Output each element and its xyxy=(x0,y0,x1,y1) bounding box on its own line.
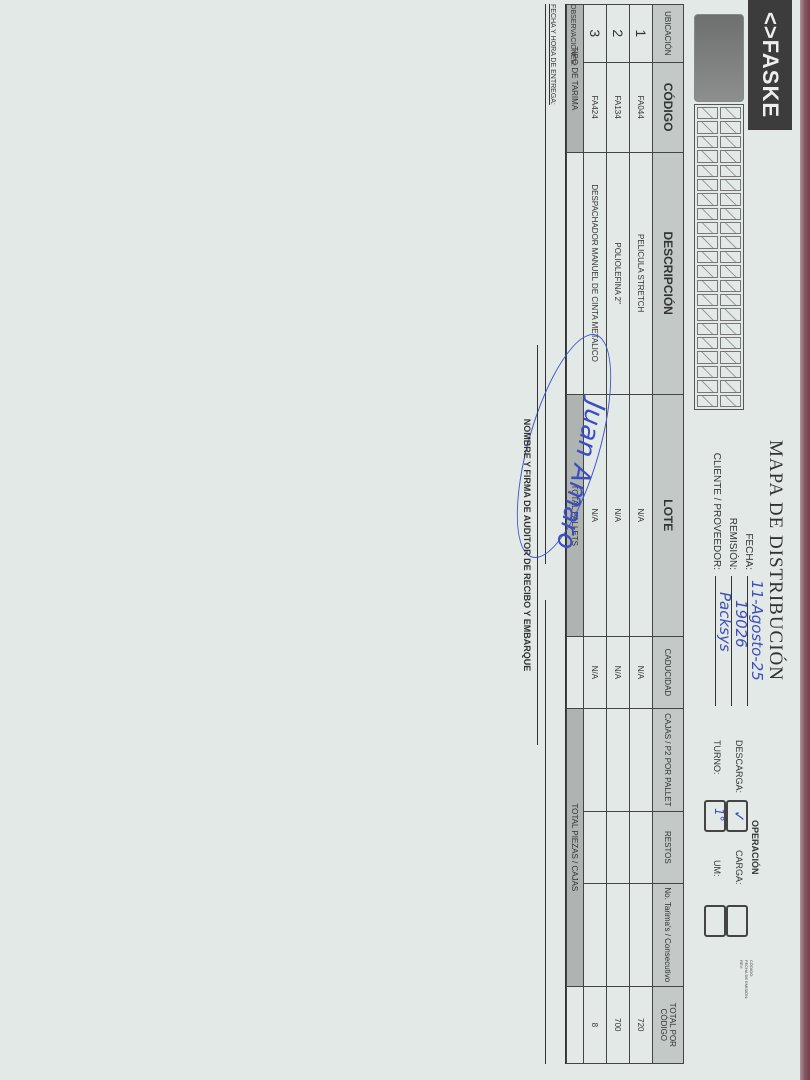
um-label: UM: xyxy=(712,860,722,877)
pallet-position-icon xyxy=(697,107,718,119)
pallet-position-icon xyxy=(720,308,741,320)
table-row: 1FA044PELICULA STRETCHN/AN/A720 xyxy=(630,5,653,1064)
pallet-position-icon xyxy=(720,236,741,248)
pallet-position-icon xyxy=(720,351,741,363)
pallet-position-icon xyxy=(720,251,741,263)
cell-codigo[interactable]: FA134 xyxy=(607,62,630,152)
pallet-position-icon xyxy=(697,236,718,248)
pallet-position-icon xyxy=(697,193,718,205)
pallet-position-icon xyxy=(697,337,718,349)
form-rev-line: REV: xyxy=(739,960,744,969)
cell-cajas[interactable] xyxy=(584,709,607,812)
pallet-position-icon xyxy=(697,366,718,378)
pallet-position-icon xyxy=(697,265,718,277)
pallet-position-icon xyxy=(697,294,718,306)
descarga-label: DESCARGA: xyxy=(734,740,744,793)
pallet-position-icon xyxy=(720,208,741,220)
cell-total[interactable]: 720 xyxy=(630,986,653,1063)
cell-lote[interactable]: N/A xyxy=(630,394,653,636)
descarga-box[interactable]: ✓ xyxy=(726,800,748,832)
pallet-position-icon xyxy=(697,323,718,335)
cell-caducidad[interactable]: N/A xyxy=(584,636,607,708)
cell-restos[interactable] xyxy=(630,811,653,883)
total-pallets-value[interactable] xyxy=(567,636,584,708)
pallet-position-icon xyxy=(697,308,718,320)
col-tarimas: No. Tarima's / Consecutivo xyxy=(653,883,684,986)
pallet-position-icon xyxy=(720,222,741,234)
pallet-position-icon xyxy=(720,107,741,119)
observaciones-label: OBSERVACIONES: xyxy=(569,4,576,66)
cell-ubicacion[interactable]: 2 xyxy=(607,5,630,63)
total-piezas-value[interactable] xyxy=(567,986,584,1063)
cell-restos[interactable] xyxy=(607,811,630,883)
truck-icon xyxy=(694,14,744,102)
cell-codigo[interactable]: FA044 xyxy=(630,62,653,152)
cell-restos[interactable] xyxy=(584,811,607,883)
um-box[interactable] xyxy=(704,905,726,937)
pallet-position-icon xyxy=(697,395,718,407)
brand-name: FASKE xyxy=(757,40,783,118)
turno-label: TURNO: xyxy=(712,740,722,775)
pallet-position-icon xyxy=(720,150,741,162)
form-code-line: CÓDIGO: xyxy=(749,960,754,977)
pallet-position-icon xyxy=(720,265,741,277)
carga-label: CARGA: xyxy=(734,850,744,885)
cell-caducidad[interactable]: N/A xyxy=(630,636,653,708)
cell-total[interactable]: 8 xyxy=(584,986,607,1063)
pallet-position-icon xyxy=(697,222,718,234)
total-piezas-label: TOTAL PIEZAS / CAJAS xyxy=(567,709,584,987)
pallet-position-icon xyxy=(697,179,718,191)
logo-chevron-icon: <> xyxy=(757,12,783,40)
descarga-check: ✓ xyxy=(730,810,748,823)
distribution-form: <>FASKE MAPA DE DISTRIBUCIÓN FECHA: 11-A… xyxy=(0,0,800,1080)
pallet-position-icon xyxy=(720,366,741,378)
col-cajas: CAJAS / P2 POR PALLET xyxy=(653,709,684,812)
paper-sheet: <>FASKE MAPA DE DISTRIBUCIÓN FECHA: 11-A… xyxy=(0,0,800,1080)
table-row: 2FA134POLIOLEFINA 2"N/AN/A700 xyxy=(607,5,630,1064)
pallet-position-icon xyxy=(720,280,741,292)
remision-value[interactable]: 19026 xyxy=(732,600,750,648)
pallet-position-icon xyxy=(697,251,718,263)
form-title: MAPA DE DISTRIBUCIÓN xyxy=(764,440,786,681)
signature-label: NOMBRE Y FIRMA DE AUDITOR DE RECIBO Y EM… xyxy=(522,345,532,745)
remision-label: REMISIÓN: xyxy=(727,420,738,570)
pallet-position-icon xyxy=(697,165,718,177)
pallet-position-icon xyxy=(720,165,741,177)
pallet-position-icon xyxy=(720,136,741,148)
cell-ubicacion[interactable]: 1 xyxy=(630,5,653,63)
cell-cajas[interactable] xyxy=(630,709,653,812)
turno-box[interactable]: 1° xyxy=(704,800,726,832)
pallet-position-icon xyxy=(720,193,741,205)
form-code: CÓDIGO:FECHA DE EMISIÓN:REV: xyxy=(739,960,754,999)
cell-tarimas[interactable] xyxy=(630,883,653,986)
pallet-position-icon xyxy=(720,294,741,306)
col-restos: RESTOS xyxy=(653,811,684,883)
col-total: TOTAL POR CÓDIGO xyxy=(653,986,684,1063)
carga-box[interactable] xyxy=(726,905,748,937)
pallet-position-icon xyxy=(720,323,741,335)
pallet-position-icon xyxy=(720,121,741,133)
cell-tarimas[interactable] xyxy=(584,883,607,986)
col-descripcion: DESCRIPCIÓN xyxy=(653,152,684,394)
fecha-label: FECHA: xyxy=(743,420,754,570)
col-codigo: CÓDIGO xyxy=(653,62,684,152)
turno-value: 1° xyxy=(712,808,726,822)
col-caducidad: CADUCIDAD xyxy=(653,636,684,708)
col-ubicacion: UBICACIÓN xyxy=(653,5,684,63)
pallet-position-icon xyxy=(697,351,718,363)
cell-caducidad[interactable]: N/A xyxy=(607,636,630,708)
table-row: 3FA424DESPACHADOR MANUEL DE CINTA METALI… xyxy=(584,5,607,1064)
entrega-label: FECHA Y HORA DE ENTREGA: xyxy=(549,4,556,105)
cell-lote[interactable]: N/A xyxy=(607,394,630,636)
cell-ubicacion[interactable]: 3 xyxy=(584,5,607,63)
pallet-position-icon xyxy=(697,136,718,148)
pallet-position-icon xyxy=(720,395,741,407)
form-date-line: FECHA DE EMISIÓN: xyxy=(744,960,749,999)
cell-total[interactable]: 700 xyxy=(607,986,630,1063)
cell-tarimas[interactable] xyxy=(607,883,630,986)
pallet-position-icon xyxy=(720,380,741,392)
cell-descripcion[interactable]: PELICULA STRETCH xyxy=(630,152,653,394)
pallet-position-icon xyxy=(697,380,718,392)
signature-line xyxy=(537,345,538,745)
fecha-value[interactable]: 11-Agosto-25 xyxy=(748,580,766,681)
pallet-position-icon xyxy=(697,208,718,220)
pallet-position-icon xyxy=(720,179,741,191)
cliente-value[interactable]: Packsys xyxy=(716,592,734,652)
cliente-label: CLIENTE / PROVEEDOR: xyxy=(711,420,722,570)
brand-logo: <>FASKE xyxy=(748,0,792,130)
distribution-table: UBICACIÓN CÓDIGO DESCRIPCIÓN LOTE CADUCI… xyxy=(566,4,684,1064)
pallet-grid xyxy=(694,104,744,410)
pallet-position-icon xyxy=(720,337,741,349)
cell-cajas[interactable] xyxy=(607,709,630,812)
pallet-position-icon xyxy=(697,280,718,292)
pallet-position-icon xyxy=(697,150,718,162)
operacion-label: OPERACIÓN xyxy=(750,820,760,875)
pallet-position-icon xyxy=(697,121,718,133)
cell-codigo[interactable]: FA424 xyxy=(584,62,607,152)
col-lote: LOTE xyxy=(653,394,684,636)
